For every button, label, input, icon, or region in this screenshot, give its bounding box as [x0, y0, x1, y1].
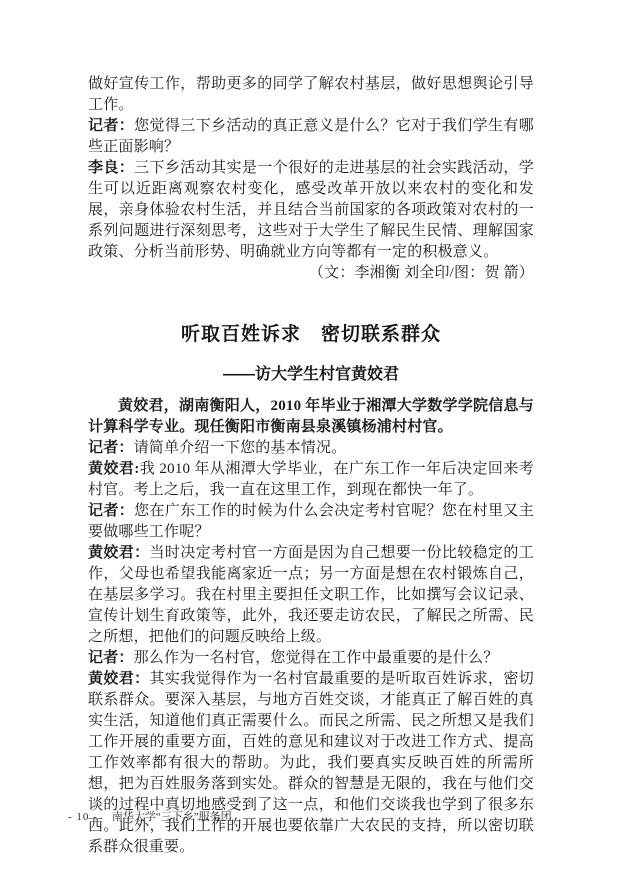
qa-paragraph-reporter: 记者：您觉得三下乡活动的真正意义是什么？它对于我们学生有哪些正面影响？	[88, 116, 534, 158]
qa-paragraph-huangjiaojun: 黄姣君:我 2010 年从湘潭大学毕业，在广东工作一年后决定回来考村官。考上之后…	[88, 459, 534, 501]
qa-paragraph-reporter: 记者：您在广东工作的时候为什么会决定考村官呢？您在村里又主要做哪些工作呢？	[88, 501, 534, 543]
speaker-label: 黄姣君：	[88, 545, 150, 561]
speaker-label: 李良：	[88, 160, 134, 176]
qa-text: 那么作为一名村官，您觉得在工作中最重要的是什么？	[134, 650, 499, 666]
qa-paragraph-liliang: 李良：三下乡活动其实是一个很好的走进基层的社会实践活动，学生可以近距离观察农村变…	[88, 158, 534, 263]
qa-text: 您在广东工作的时候为什么会决定考村官呢？您在村里又主要做哪些工作呢？	[88, 503, 534, 540]
qa-text: 您觉得三下乡活动的真正意义是什么？它对于我们学生有哪些正面影响？	[88, 118, 534, 155]
speaker-label: 记者：	[88, 118, 134, 134]
continuation-paragraph: 做好宣传工作，帮助更多的同学了解农村基层，做好思想舆论引导工作。	[88, 74, 534, 116]
speaker-label: 黄姣君:	[88, 461, 140, 477]
page-footer: - 10 -南华大学“三下乡”服务团	[68, 810, 232, 825]
qa-text: 请简单介绍一下您的基本情况。	[134, 440, 347, 456]
qa-paragraph-huangjiaojun: 黄姣君：其实我觉得作为一名村官最重要的是听取百姓诉求，密切联系群众。要深入基层，…	[88, 669, 534, 858]
paragraph-text: 做好宣传工作，帮助更多的同学了解农村基层，做好思想舆论引导工作。	[88, 76, 534, 113]
article-subtitle: ——访大学生村官黄姣君	[88, 364, 534, 386]
qa-paragraph-huangjiaojun: 黄姣君：当时决定考村官一方面是因为自己想要一份比较稳定的工作，父母也希望我能离家…	[88, 543, 534, 648]
qa-text: 三下乡活动其实是一个很好的走进基层的社会实践活动，学生可以近距离观察农村变化，感…	[88, 160, 534, 260]
qa-paragraph-reporter: 记者：请简单介绍一下您的基本情况。	[88, 438, 534, 459]
qa-text: 我 2010 年从湘潭大学毕业，在广东工作一年后决定回来考村官。考上之后，我一直…	[88, 461, 534, 498]
page-number: - 10 -	[68, 811, 98, 823]
speaker-label: 记者：	[88, 440, 134, 456]
speaker-label: 黄姣君：	[88, 671, 150, 687]
speaker-label: 记者：	[88, 503, 134, 519]
page-content: 做好宣传工作，帮助更多的同学了解农村基层，做好思想舆论引导工作。 记者：您觉得三…	[88, 74, 534, 858]
speaker-label: 记者：	[88, 650, 134, 666]
article-title: 听取百姓诉求 密切联系群众	[88, 322, 534, 348]
qa-text: 当时决定考村官一方面是因为自己想要一份比较稳定的工作，父母也希望我能离家近一点；…	[88, 545, 534, 645]
document-page: 做好宣传工作，帮助更多的同学了解农村基层，做好思想舆论引导工作。 记者：您觉得三…	[0, 0, 620, 877]
footer-org-text: 南华大学“三下乡”服务团	[112, 811, 232, 823]
interviewee-intro-paragraph: 黄姣君，湖南衡阳人，2010 年毕业于湘潭大学数学学院信息与计算科学专业。现任衡…	[88, 396, 534, 438]
qa-paragraph-reporter: 记者：那么作为一名村官，您觉得在工作中最重要的是什么？	[88, 648, 534, 669]
byline: （文：李湘衡 刘全印/图：贺 箭）	[88, 263, 534, 284]
qa-text: 其实我觉得作为一名村官最重要的是听取百姓诉求，密切联系群众。要深入基层，与地方百…	[88, 671, 534, 855]
